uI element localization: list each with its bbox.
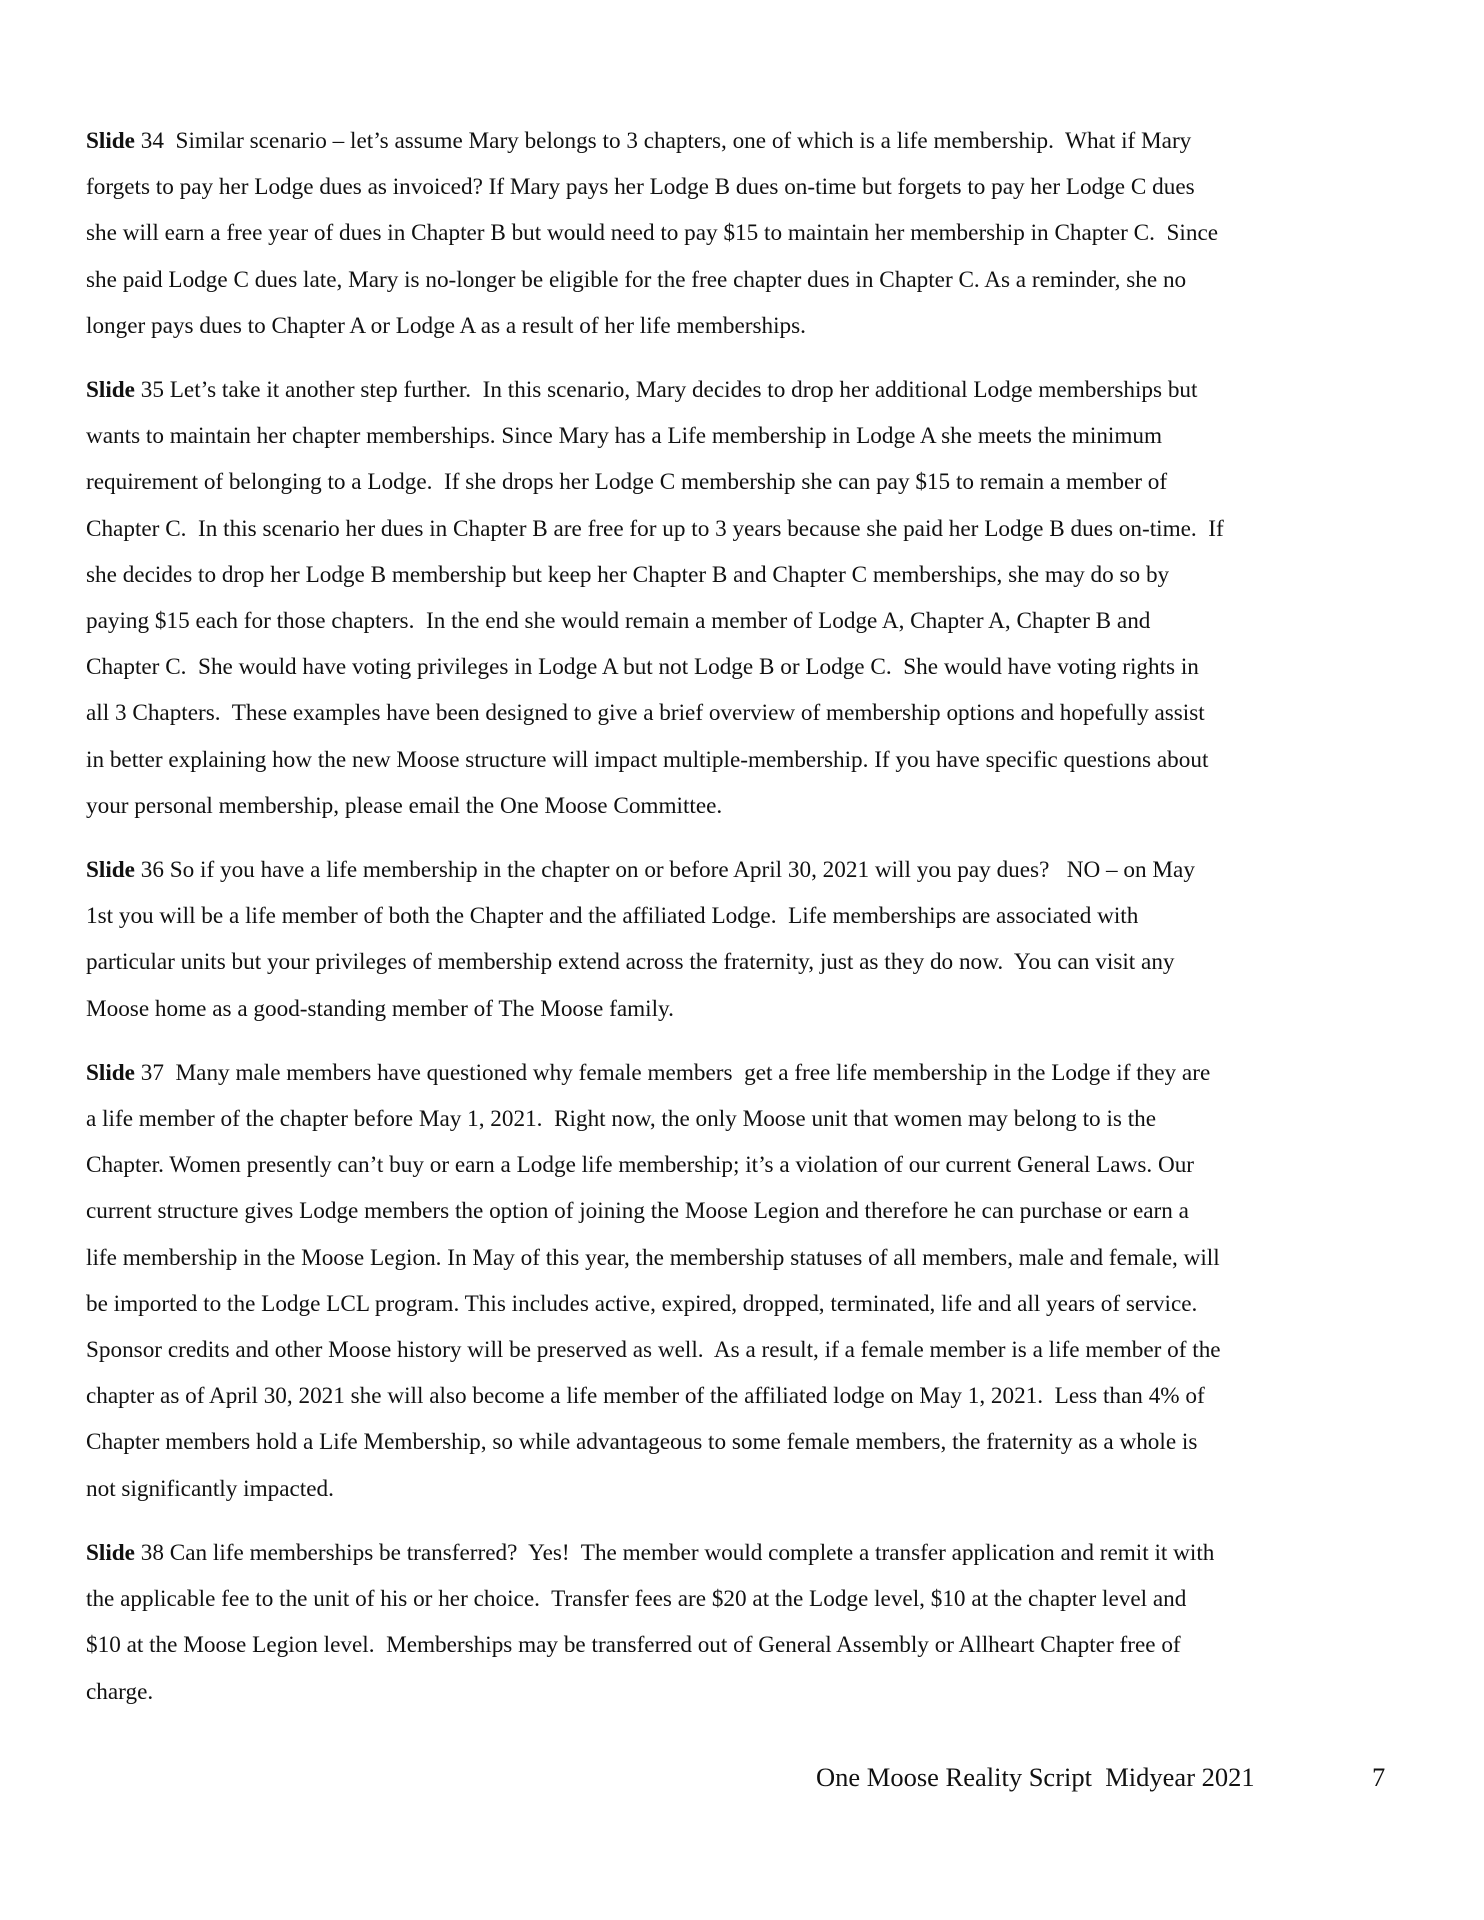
- text-line: Slide 34 Similar scenario – let’s assume…: [86, 118, 1406, 164]
- text-line: Slide 38 Can life memberships be transfe…: [86, 1530, 1406, 1576]
- text-line: current structure gives Lodge members th…: [86, 1188, 1406, 1234]
- text-line: in better explaining how the new Moose s…: [86, 737, 1406, 783]
- text-line: she will earn a free year of dues in Cha…: [86, 210, 1406, 256]
- paragraph-slide-38: Slide 38 Can life memberships be transfe…: [86, 1530, 1406, 1715]
- text-line: be imported to the Lodge LCL program. Th…: [86, 1281, 1406, 1327]
- text-line: Chapter C. In this scenario her dues in …: [86, 506, 1406, 552]
- text-line: Chapter. Women presently can’t buy or ea…: [86, 1142, 1406, 1188]
- text-line: particular units but your privileges of …: [86, 939, 1406, 985]
- paragraph-slide-36: Slide 36 So if you have a life membershi…: [86, 847, 1406, 1032]
- document-page: Slide 34 Similar scenario – let’s assume…: [86, 118, 1406, 1733]
- text-line: paying $15 each for those chapters. In t…: [86, 598, 1406, 644]
- text-line: charge.: [86, 1669, 1406, 1715]
- page-number: 7: [1372, 1760, 1385, 1794]
- text-line: Chapter members hold a Life Membership, …: [86, 1419, 1406, 1465]
- text-line: she paid Lodge C dues late, Mary is no-l…: [86, 257, 1406, 303]
- paragraph-slide-37: Slide 37 Many male members have question…: [86, 1050, 1406, 1512]
- text-line: Slide 36 So if you have a life membershi…: [86, 847, 1406, 893]
- text-line: wants to maintain her chapter membership…: [86, 413, 1406, 459]
- text-line: all 3 Chapters. These examples have been…: [86, 690, 1406, 736]
- slide-label: Slide: [86, 377, 135, 403]
- text-line: Slide 35 Let’s take it another step furt…: [86, 367, 1406, 413]
- text-line: the applicable fee to the unit of his or…: [86, 1576, 1406, 1622]
- text-line: not significantly impacted.: [86, 1466, 1406, 1512]
- slide-label: Slide: [86, 1540, 135, 1566]
- text-line: life membership in the Moose Legion. In …: [86, 1235, 1406, 1281]
- text-line: Slide 37 Many male members have question…: [86, 1050, 1406, 1096]
- paragraph-slide-34: Slide 34 Similar scenario – let’s assume…: [86, 118, 1406, 349]
- slide-label: Slide: [86, 128, 135, 154]
- text-line: requirement of belonging to a Lodge. If …: [86, 459, 1406, 505]
- text-line: she decides to drop her Lodge B membersh…: [86, 552, 1406, 598]
- footer-title: One Moose Reality Script Midyear 2021: [816, 1760, 1255, 1794]
- text-line: Sponsor credits and other Moose history …: [86, 1327, 1406, 1373]
- paragraph-slide-35: Slide 35 Let’s take it another step furt…: [86, 367, 1406, 829]
- text-line: 1st you will be a life member of both th…: [86, 893, 1406, 939]
- slide-label: Slide: [86, 857, 135, 883]
- slide-label: Slide: [86, 1060, 135, 1086]
- text-line: Chapter C. She would have voting privile…: [86, 644, 1406, 690]
- text-line: $10 at the Moose Legion level. Membershi…: [86, 1622, 1406, 1668]
- text-line: your personal membership, please email t…: [86, 783, 1406, 829]
- text-line: chapter as of April 30, 2021 she will al…: [86, 1373, 1406, 1419]
- text-line: forgets to pay her Lodge dues as invoice…: [86, 164, 1406, 210]
- text-line: a life member of the chapter before May …: [86, 1096, 1406, 1142]
- text-line: longer pays dues to Chapter A or Lodge A…: [86, 303, 1406, 349]
- text-line: Moose home as a good-standing member of …: [86, 986, 1406, 1032]
